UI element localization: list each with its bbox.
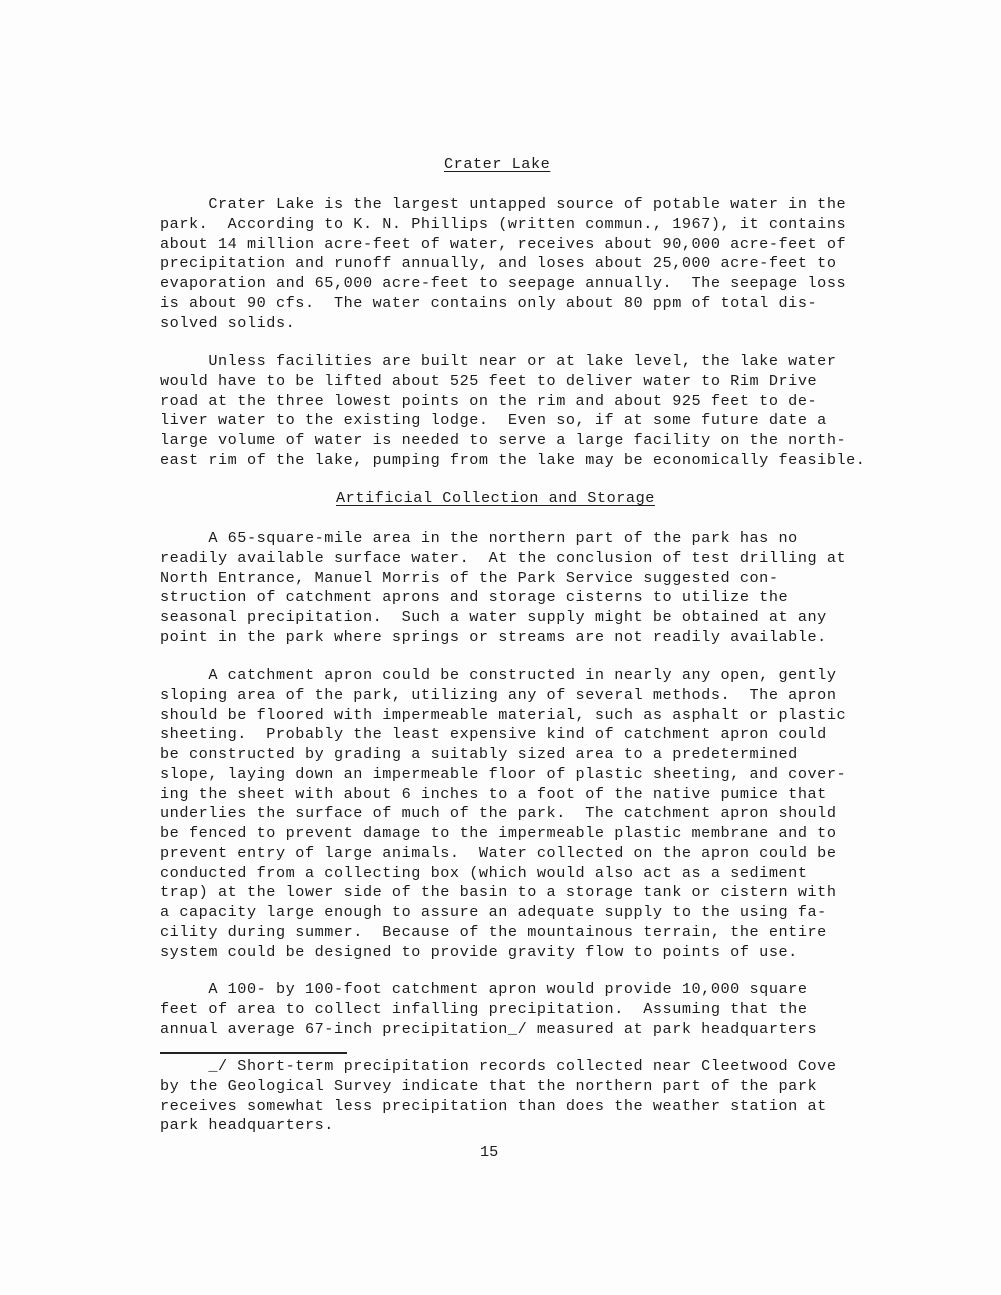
text-line: would have to be lifted about 525 feet t… [160,371,817,391]
section-heading-artificial-collection: Artificial Collection and Storage [336,488,655,508]
text-line: east rim of the lake, pumping from the l… [160,450,865,470]
text-line: trap) at the lower side of the basin to … [160,882,836,902]
text-line: park headquarters. [160,1115,334,1135]
text-line: park. According to K. N. Phillips (writt… [160,214,846,234]
text-line: sloping area of the park, utilizing any … [160,685,836,705]
text-line: receives somewhat less precipitation tha… [160,1096,827,1116]
text-line: A catchment apron could be constructed i… [160,665,836,685]
text-line: ing the sheet with about 6 inches to a f… [160,784,827,804]
page-number: 15 [480,1142,498,1162]
text-line: is about 90 cfs. The water contains only… [160,293,817,313]
text-line: conducted from a collecting box (which w… [160,863,808,883]
text-line: struction of catchment aprons and storag… [160,587,788,607]
text-line: prevent entry of large animals. Water co… [160,843,836,863]
text-line: cility during summer. Because of the mou… [160,922,827,942]
text-line: by the Geological Survey indicate that t… [160,1076,817,1096]
text-line: underlies the surface of much of the par… [160,803,836,823]
text-line: slope, laying down an impermeable floor … [160,764,846,784]
document-page: Crater Lake Crater Lake is the largest u… [0,0,1001,1295]
text-line: point in the park where springs or strea… [160,627,827,647]
text-line: Crater Lake is the largest untapped sour… [160,194,846,214]
text-line: _/ Short-term precipitation records coll… [160,1056,836,1076]
text-line: system could be designed to provide grav… [160,942,798,962]
text-line: about 14 million acre-feet of water, rec… [160,234,846,254]
text-line: a capacity large enough to assure an ade… [160,902,827,922]
text-line: solved solids. [160,313,295,333]
text-line: should be floored with impermeable mater… [160,705,846,725]
footnote-rule [160,1052,347,1054]
text-line: readily available surface water. At the … [160,548,846,568]
section-heading-crater-lake: Crater Lake [444,154,550,174]
text-line: precipitation and runoff annually, and l… [160,253,836,273]
text-line: large volume of water is needed to serve… [160,430,846,450]
text-line: evaporation and 65,000 acre-feet to seep… [160,273,846,293]
text-line: liver water to the existing lodge. Even … [160,410,827,430]
text-line: A 65-square-mile area in the northern pa… [160,528,798,548]
text-line: be fenced to prevent damage to the imper… [160,823,836,843]
text-line: A 100- by 100-foot catchment apron would… [160,979,808,999]
text-line: annual average 67-inch precipitation_/ m… [160,1019,817,1039]
text-line: seasonal precipitation. Such a water sup… [160,607,827,627]
text-line: Unless facilities are built near or at l… [160,351,836,371]
text-line: sheeting. Probably the least expensive k… [160,724,827,744]
text-line: road at the three lowest points on the r… [160,391,817,411]
text-line: feet of area to collect infalling precip… [160,999,808,1019]
text-line: North Entrance, Manuel Morris of the Par… [160,568,779,588]
text-line: be constructed by grading a suitably siz… [160,744,798,764]
